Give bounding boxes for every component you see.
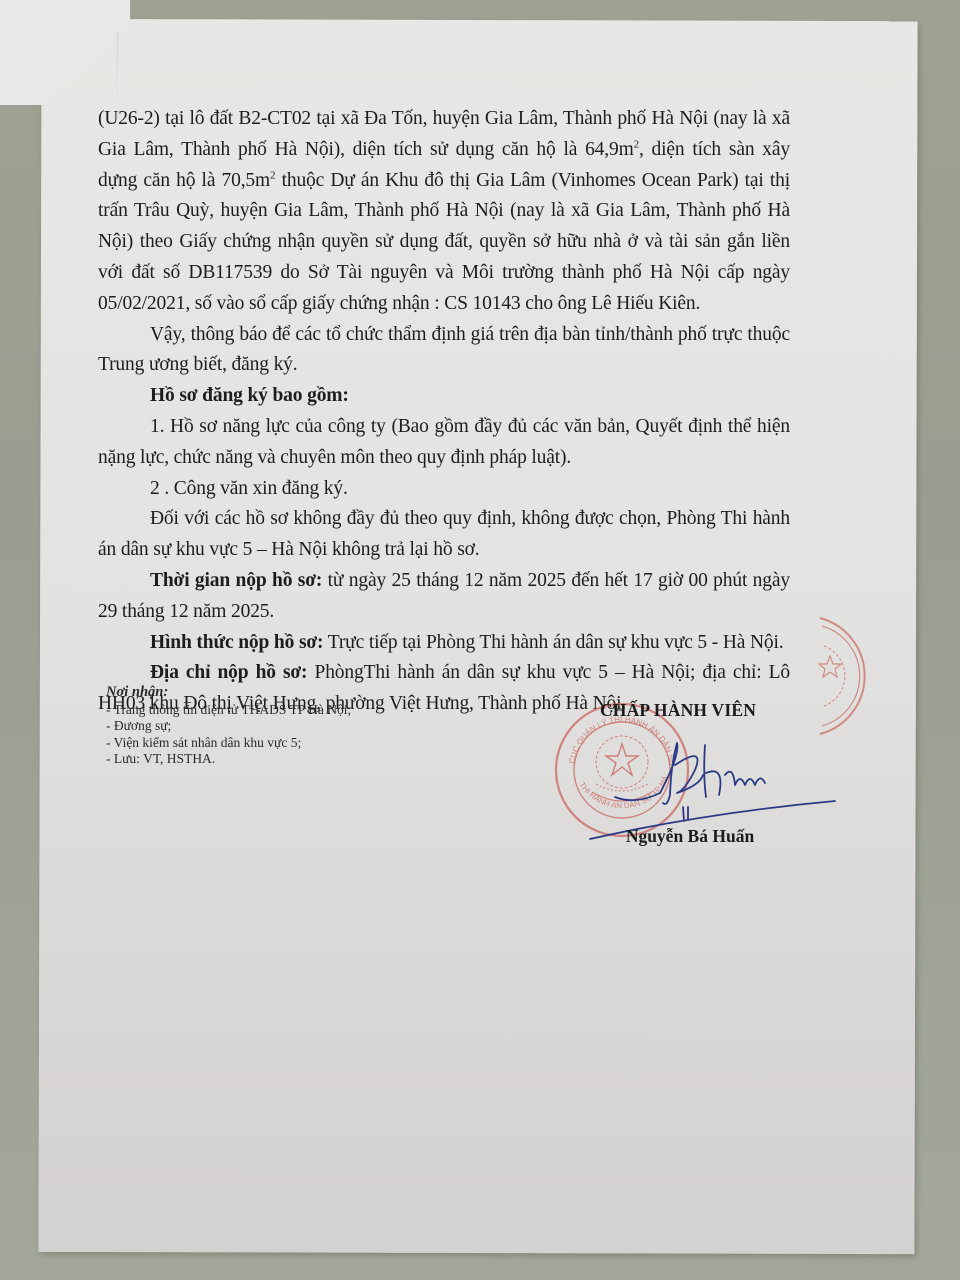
dossier-heading-text: Hồ sơ đăng ký bao gồm: (150, 385, 349, 406)
text-fragment: , diện tích sàn xây (639, 139, 790, 160)
text-fragment: dựng căn hộ là 70,5m (98, 170, 270, 191)
recipient-item: - Trang thông tin điện tử THADS TP Hà Nộ… (106, 702, 486, 719)
submission-method-value: Trực tiếp tại Phòng Thi hành án dân sự k… (323, 632, 783, 653)
text-fragment: Gia Lâm, Thành phố Hà Nội), diện tích sử… (98, 139, 634, 160)
text-line: dựng căn hộ là 70,5m2 thuộc Dự án Khu đô… (98, 166, 790, 197)
recipient-item: - Đương sự; (106, 718, 486, 735)
text-line: Nội) theo Giấy chứng nhận quyền sử dụng … (98, 227, 790, 258)
text-line: 05/02/2021, số vào sổ cấp giấy chứng nhậ… (98, 289, 790, 320)
submission-time: Thời gian nộp hồ sơ: từ ngày 25 tháng 12… (98, 566, 790, 628)
property-description-paragraph: (U26-2) tại lô đất B2-CT02 tại xã Đa Tốn… (98, 104, 790, 320)
recipients-block: Nơi nhận: - Trang thông tin điện tử THAD… (106, 684, 486, 768)
recipients-heading: Nơi nhận: (106, 684, 486, 701)
submission-method-label: Hình thức nộp hồ sơ: (150, 632, 323, 653)
text-line: trấn Trâu Quỳ, huyện Gia Lâm, Thành phố … (98, 196, 790, 227)
dossier-item-2: 2 . Công văn xin đăng ký. (98, 474, 790, 505)
text-fragment: thuộc Dự án Khu đô thị Gia Lâm (Vinhomes… (275, 170, 790, 191)
document-body: (U26-2) tại lô đất B2-CT02 tại xã Đa Tốn… (98, 104, 790, 720)
dossier-item-1: 1. Hồ sơ năng lực của công ty (Bao gồm đ… (98, 412, 790, 474)
signer-title: CHẤP HÀNH VIÊN (568, 700, 788, 721)
submission-time-label: Thời gian nộp hồ sơ: (150, 570, 322, 591)
recipient-item: - Viện kiểm sát nhân dân khu vực 5; (106, 735, 486, 752)
incomplete-dossier-note: Đối với các hồ sơ không đầy đủ theo quy … (98, 504, 790, 566)
signer-name: Nguyễn Bá Huấn (590, 826, 790, 847)
submission-address-label: Địa chỉ nộp hồ sơ: (150, 662, 307, 683)
dossier-heading: Hồ sơ đăng ký bao gồm: (98, 381, 790, 412)
text-line: với đất số DB117539 do Sở Tài nguyên và … (98, 258, 790, 289)
text-line: (U26-2) tại lô đất B2-CT02 tại xã Đa Tốn… (98, 104, 790, 135)
submission-method: Hình thức nộp hồ sơ: Trực tiếp tại Phòng… (98, 628, 790, 659)
text-line: Gia Lâm, Thành phố Hà Nội), diện tích sử… (98, 135, 790, 166)
recipient-item: - Lưu: VT, HSTHA. (106, 751, 486, 768)
notice-paragraph: Vậy, thông báo để các tổ chức thẩm định … (98, 320, 790, 382)
